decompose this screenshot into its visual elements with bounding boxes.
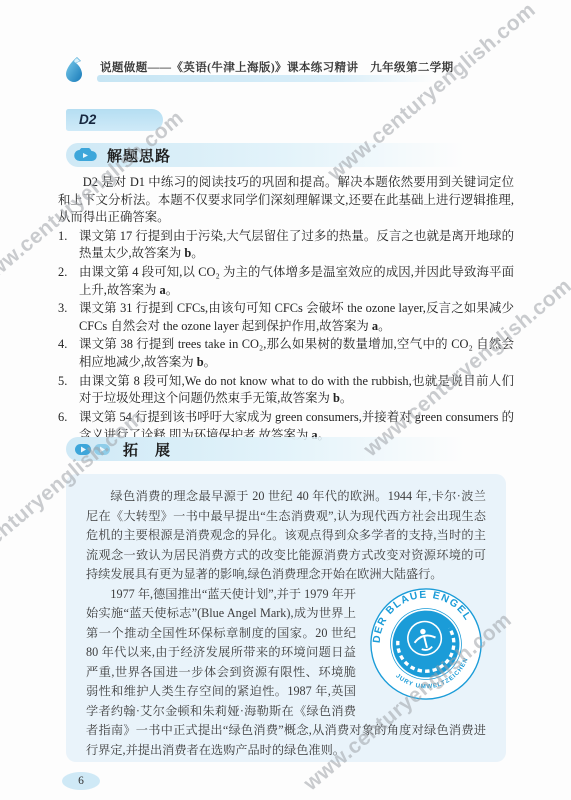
exercise-label-badge: D2 (66, 109, 163, 131)
extension-paragraph-2-wrap: DER BLAUE ENGEL JURY UMWELTZEICHEN 1977 … (86, 585, 486, 761)
item-text: 由课文第 4 段可知,以 CO₂ 为主的气体增多是温室效应的成因,并因此导致海平… (79, 264, 514, 299)
extension-section-heading: 拓 展 (123, 439, 171, 460)
item-text: 课文第 17 行提到由于污染,大气层留住了过多的热量。反言之也就是离开地球的热量… (79, 228, 514, 263)
item-text-after: 。 (378, 319, 390, 333)
header-underline-bar (97, 75, 435, 82)
solution-item-4: 4. 课文第 38 行提到 trees take in CO₂,那么如果树的数量… (58, 336, 514, 371)
item-text-after: 。 (191, 246, 203, 260)
item-number: 2. (58, 264, 79, 299)
page-header-title: 说题做题——《英语(牛津上海版)》课本练习精讲 九年级第二学期 (100, 59, 454, 75)
item-text-after: 。 (204, 355, 216, 369)
extension-paragraph-1: 绿色消费的理念最早源于 20 世纪 40 年代的欧洲。1944 年,卡尔·波兰尼… (86, 487, 486, 585)
solution-item-2: 2. 由课文第 4 段可知,以 CO₂ 为主的气体增多是温室效应的成因,并因此导… (58, 264, 514, 299)
item-text: 课文第 31 行提到 CFCs,由该句可知 CFCs 会破坏 the ozone… (79, 300, 514, 335)
item-number: 1. (58, 228, 79, 263)
item-number: 4. (58, 336, 79, 371)
solution-item-3: 3. 课文第 31 行提到 CFCs,由该句可知 CFCs 会破坏 the oz… (58, 300, 514, 335)
cloud-arrow-icon (74, 148, 98, 163)
item-text-after: 。 (166, 283, 178, 297)
item-text-before: 由课文第 8 段可知,We do not know what to do wit… (79, 374, 514, 406)
item-answer: b (197, 355, 204, 369)
exercise-label: D2 (66, 109, 96, 131)
extension-content-box: 绿色消费的理念最早源于 20 世纪 40 年代的欧洲。1944 年,卡尔·波兰尼… (66, 474, 506, 762)
solution-body: D2 是对 D1 中练习的阅读技巧的巩固和提高。解决本题依然要用到关键词定位和上… (58, 174, 514, 444)
solution-item-5: 5. 由课文第 8 段可知,We do not know what to do … (58, 373, 514, 408)
textbook-page: www.centuryenglish.com www.centuryenglis… (0, 0, 571, 800)
item-text-before: 课文第 17 行提到由于污染,大气层留住了过多的热量。反言之也就是离开地球的热量… (79, 229, 514, 261)
item-text-before: 由课文第 4 段可知,以 CO₂ 为主的气体增多是温室效应的成因,并因此导致海平… (79, 265, 514, 297)
double-cloud-arrow-icon (74, 442, 114, 457)
item-text-before: 课文第 38 行提到 trees take in CO₂,那么如果树的数量增加,… (79, 337, 514, 369)
book-series-logo-icon (63, 56, 85, 83)
item-text-after: 。 (340, 391, 352, 405)
item-text: 由课文第 8 段可知,We do not know what to do wit… (79, 373, 514, 408)
item-text: 课文第 38 行提到 trees take in CO₂,那么如果树的数量增加,… (79, 336, 514, 371)
solution-intro-paragraph: D2 是对 D1 中练习的阅读技巧的巩固和提高。解决本题依然要用到关键词定位和上… (58, 174, 514, 227)
solution-item-1: 1. 课文第 17 行提到由于污染,大气层留住了过多的热量。反言之也就是离开地球… (58, 228, 514, 263)
page-number-badge: 6 (62, 772, 100, 790)
item-number: 3. (58, 300, 79, 335)
section-bar-solution: 解题思路 (66, 143, 464, 167)
solution-section-heading: 解题思路 (107, 145, 171, 166)
section-bar-extension: 拓 展 (66, 437, 464, 461)
item-number: 5. (58, 373, 79, 408)
item-text-before: 课文第 31 行提到 CFCs,由该句可知 CFCs 会破坏 the ozone… (79, 301, 514, 333)
item-answer: b (333, 391, 340, 405)
